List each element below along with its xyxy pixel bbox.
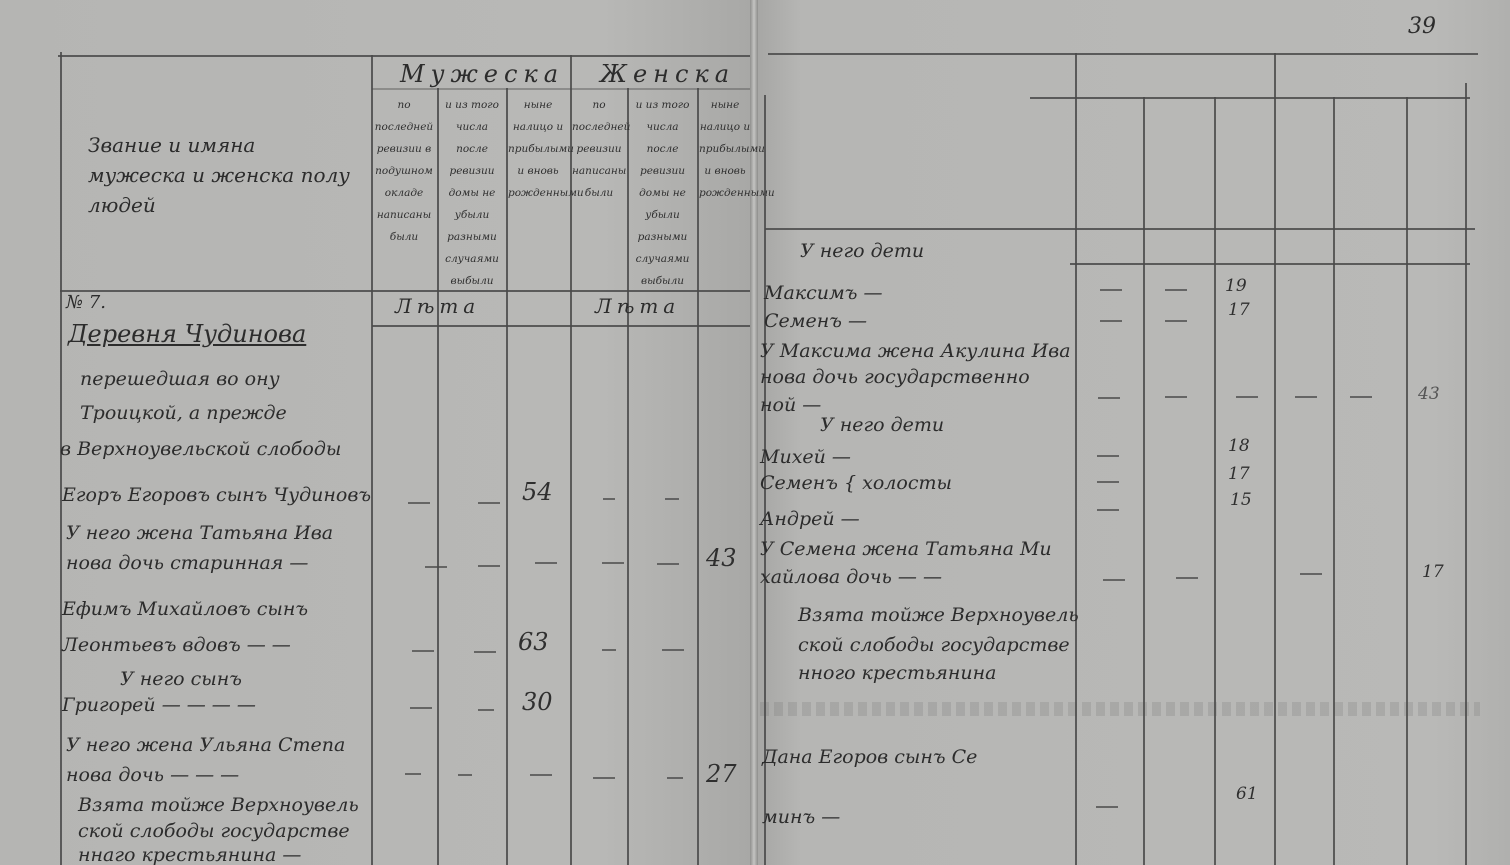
- male-age-value: 19: [1225, 276, 1247, 296]
- village-desc-line: в Верхноувельской слободы: [60, 438, 341, 460]
- male-age-value: 63: [518, 628, 549, 656]
- col-divider: [1214, 97, 1216, 865]
- empty-mark: [535, 562, 557, 564]
- entry-line: У него дети: [800, 240, 924, 262]
- female-age-value: 27: [706, 760, 737, 788]
- col-divider: [1406, 97, 1408, 865]
- name-column-header: Звание и имяна мужеска и женска полу люд…: [88, 130, 358, 220]
- empty-mark: [1176, 577, 1198, 579]
- female-group-title: Женска: [600, 60, 735, 88]
- village-desc-line: Троицкой, а прежде: [80, 402, 287, 424]
- male-col2-header: и из того числа после ревизии домы не уб…: [440, 94, 504, 292]
- entry-line: Максимъ —: [764, 282, 882, 304]
- entry-line: Дана Егоров сынъ Се: [762, 746, 977, 768]
- male-age-value: 54: [522, 478, 553, 506]
- empty-mark: [412, 650, 434, 652]
- empty-mark: [603, 498, 615, 500]
- female-age-value: 43: [706, 544, 737, 572]
- entry-line: У него дети: [820, 414, 944, 436]
- entry-line: Андрей —: [760, 508, 860, 530]
- male-col3-header: ныне налицо и прибылыми и вновь рожденны…: [508, 94, 568, 204]
- right-border: [1465, 83, 1467, 865]
- header-bottom-border: [765, 228, 1475, 230]
- col-divider: [1333, 97, 1335, 865]
- empty-mark: [1097, 509, 1119, 511]
- entry-line: ной —: [760, 394, 821, 416]
- entry-line: хайлова дочь — —: [760, 566, 942, 588]
- empty-mark: [478, 502, 500, 504]
- male-group-title: Мужеска: [400, 60, 564, 88]
- empty-mark: [1165, 396, 1187, 398]
- female-age-label: Лѣта: [595, 294, 680, 318]
- bleed-through-text: [760, 702, 1480, 716]
- empty-mark: [1300, 573, 1322, 575]
- empty-mark: [474, 651, 496, 653]
- entry-line: Егоръ Егоровъ сынъ Чудиновъ: [62, 484, 371, 506]
- empty-mark: [408, 502, 430, 504]
- village-title: Деревня Чудинова: [68, 320, 306, 348]
- empty-mark: [602, 649, 616, 651]
- empty-mark: [1100, 320, 1122, 322]
- empty-mark: [657, 563, 679, 565]
- empty-mark: [1350, 396, 1372, 398]
- entry-line: У него сынъ: [120, 668, 242, 690]
- entry-line: минъ —: [762, 806, 840, 828]
- group-divider: [1274, 53, 1276, 865]
- entry-line: ской слободы государстве: [798, 634, 1070, 656]
- entry-line: ской слободы государстве: [78, 820, 350, 842]
- empty-mark: [1100, 289, 1122, 291]
- entry-line: Михей —: [760, 446, 851, 468]
- entry-line: У него жена Ульяна Степа: [66, 734, 345, 756]
- col-divider: [627, 88, 629, 865]
- empty-mark: [478, 565, 500, 567]
- entry-line: Леонтьевъ вдовъ — —: [62, 634, 291, 656]
- age-row-border: [372, 325, 750, 327]
- village-desc-line: перешедшая во ону: [80, 368, 280, 390]
- empty-mark: [1097, 455, 1119, 457]
- empty-mark: [1097, 481, 1119, 483]
- empty-mark: [662, 649, 684, 651]
- entry-line: нного крестьянина: [798, 662, 996, 684]
- female-col1-header: по последней ревизии написаны были: [572, 94, 626, 204]
- empty-mark: [1165, 320, 1187, 322]
- empty-mark: [1295, 396, 1317, 398]
- table-top-border: [768, 53, 1478, 55]
- name-col-border: [1075, 53, 1077, 865]
- male-age-value: 17: [1228, 300, 1250, 320]
- col-divider: [1143, 97, 1145, 865]
- female-age-value: 43: [1418, 384, 1440, 404]
- entry-line: нова дочь государственно: [760, 366, 1030, 388]
- col-divider: [506, 88, 508, 865]
- empty-mark: [425, 566, 447, 568]
- empty-mark: [1236, 396, 1258, 398]
- book-gutter: [750, 0, 758, 865]
- female-age-value: 17: [1422, 562, 1444, 582]
- entry-line: Семенъ —: [764, 310, 867, 332]
- empty-mark: [602, 562, 624, 564]
- entry-line: Взята тойже Верхноувель: [78, 794, 359, 816]
- entry-line: У Максима жена Акулина Ива: [760, 340, 1071, 362]
- page-number: 39: [1408, 14, 1436, 39]
- male-age-value: 18: [1228, 436, 1250, 456]
- male-age-label: Лѣта: [395, 294, 480, 318]
- empty-mark: [530, 774, 552, 776]
- entry-line: У Семена жена Татьяна Ми: [760, 538, 1052, 560]
- empty-mark: [1103, 579, 1125, 581]
- male-age-value: 15: [1230, 490, 1252, 510]
- empty-mark: [405, 773, 421, 775]
- table-top-border: [58, 55, 750, 57]
- male-age-value: 30: [522, 688, 553, 716]
- empty-mark: [1165, 289, 1187, 291]
- male-age-value: 61: [1236, 784, 1258, 804]
- empty-mark: [667, 777, 683, 779]
- col-divider: [437, 88, 439, 865]
- entry-line: Ефимъ Михайловъ сынъ: [62, 598, 308, 620]
- group-title-border: [372, 88, 750, 90]
- entry-line: нова дочь старинная —: [66, 552, 308, 574]
- empty-mark: [665, 498, 679, 500]
- header-sub-border: [1030, 97, 1470, 99]
- empty-mark: [1098, 397, 1120, 399]
- entry-line: Григорей — — — —: [62, 694, 256, 716]
- entry-number: № 7.: [66, 292, 106, 313]
- entry-line: Семенъ { холосты: [760, 472, 952, 494]
- entry-line: У него жена Татьяна Ива: [66, 522, 333, 544]
- male-age-value: 17: [1228, 464, 1250, 484]
- empty-mark: [478, 709, 494, 711]
- empty-mark: [410, 707, 432, 709]
- entry-line: ннаго крестьянина —: [78, 844, 301, 865]
- male-col1-header: по последней ревизии в подушном окладе н…: [373, 94, 435, 248]
- entry-line: нова дочь — — —: [66, 764, 239, 786]
- age-row-border: [1070, 263, 1470, 265]
- empty-mark: [1096, 806, 1118, 808]
- entry-line: Взята тойже Верхноувель: [798, 604, 1079, 626]
- female-col2-header: и из того числа после ревизии домы не уб…: [630, 94, 695, 292]
- empty-mark: [593, 777, 615, 779]
- col-divider: [697, 88, 699, 865]
- empty-mark: [458, 774, 472, 776]
- female-col3-header: ныне налицо и прибылыми и вновь рожденны…: [699, 94, 751, 204]
